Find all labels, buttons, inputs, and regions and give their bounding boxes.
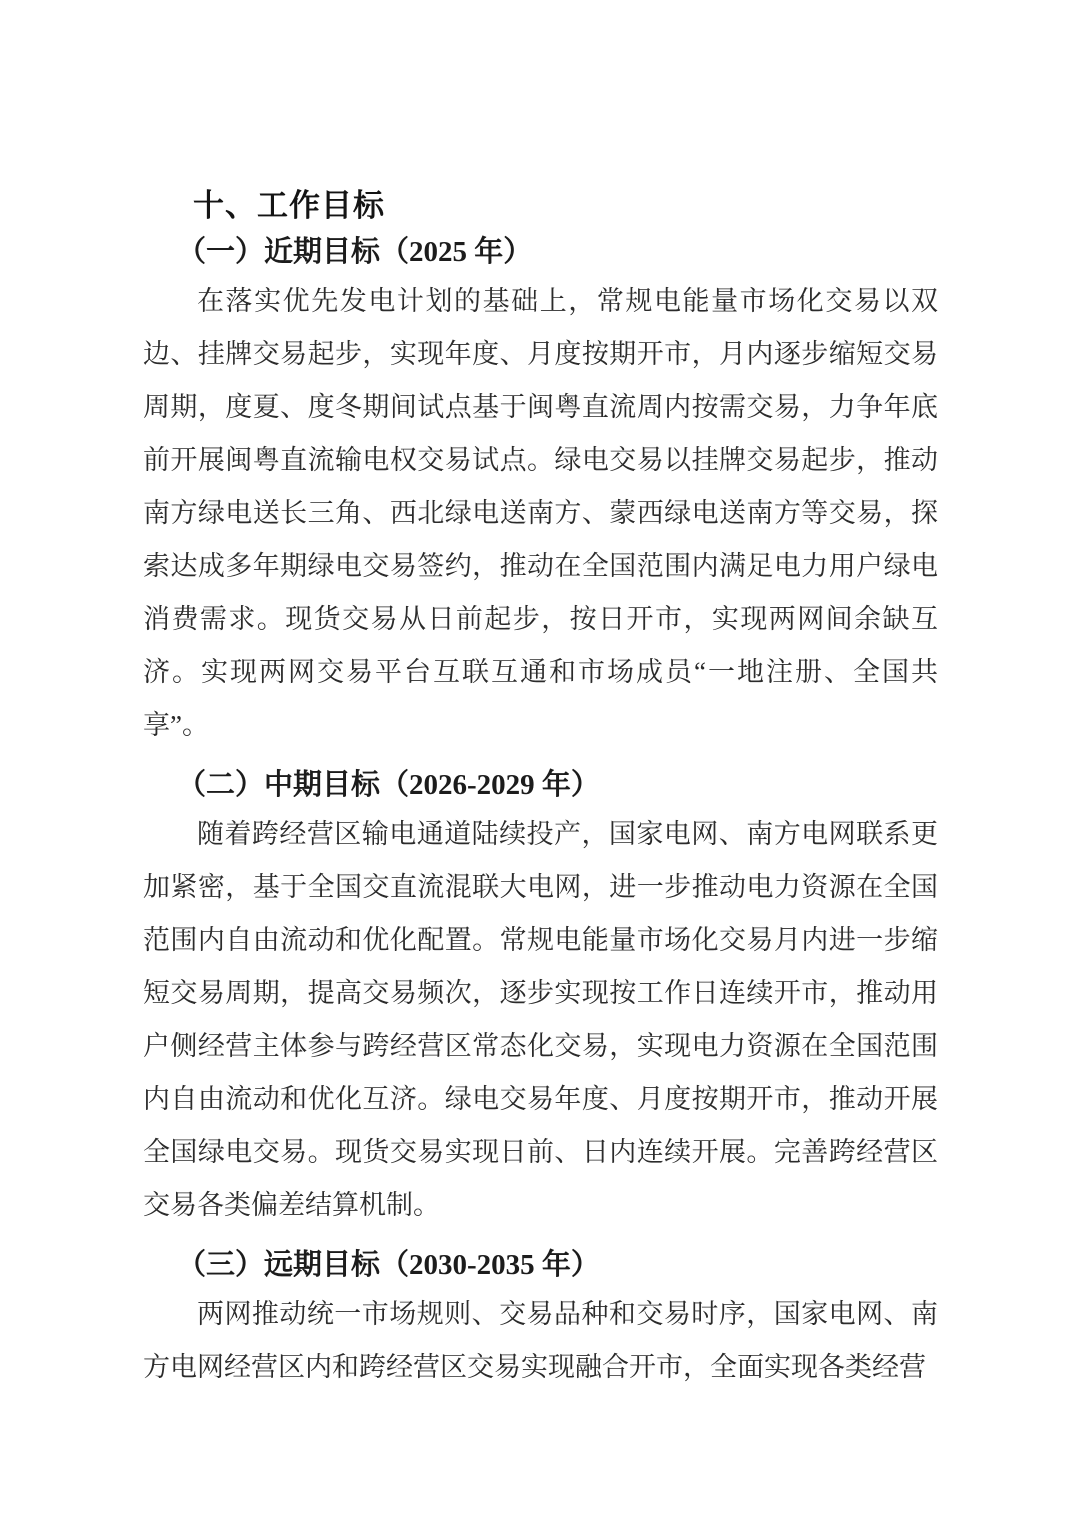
- subsection-long-term: （三）远期目标（2030-2035 年） 两网推动统一市场规则、交易品种和交易时…: [143, 1242, 938, 1394]
- section-title: 十、工作目标: [143, 183, 938, 229]
- document-content: 十、工作目标 （一）近期目标（2025 年） 在落实优先发电计划的基础上，常规电…: [143, 183, 938, 1394]
- subsection-heading-near-term: （一）近期目标（2025 年）: [143, 229, 938, 275]
- paragraph-long-term: 两网推动统一市场规则、交易品种和交易时序，国家电网、南方电网经营区内和跨经营区交…: [143, 1288, 938, 1394]
- subsection-heading-mid-term: （二）中期目标（2026-2029 年）: [143, 762, 938, 808]
- subsection-heading-long-term: （三）远期目标（2030-2035 年）: [143, 1242, 938, 1288]
- document-page: 十、工作目标 （一）近期目标（2025 年） 在落实优先发电计划的基础上，常规电…: [0, 0, 1080, 1527]
- paragraph-mid-term: 随着跨经营区输电通道陆续投产，国家电网、南方电网联系更加紧密，基于全国交直流混联…: [143, 808, 938, 1232]
- subsection-near-term: （一）近期目标（2025 年） 在落实优先发电计划的基础上，常规电能量市场化交易…: [143, 229, 938, 752]
- subsection-mid-term: （二）中期目标（2026-2029 年） 随着跨经营区输电通道陆续投产，国家电网…: [143, 762, 938, 1232]
- paragraph-near-term: 在落实优先发电计划的基础上，常规电能量市场化交易以双边、挂牌交易起步，实现年度、…: [143, 275, 938, 752]
